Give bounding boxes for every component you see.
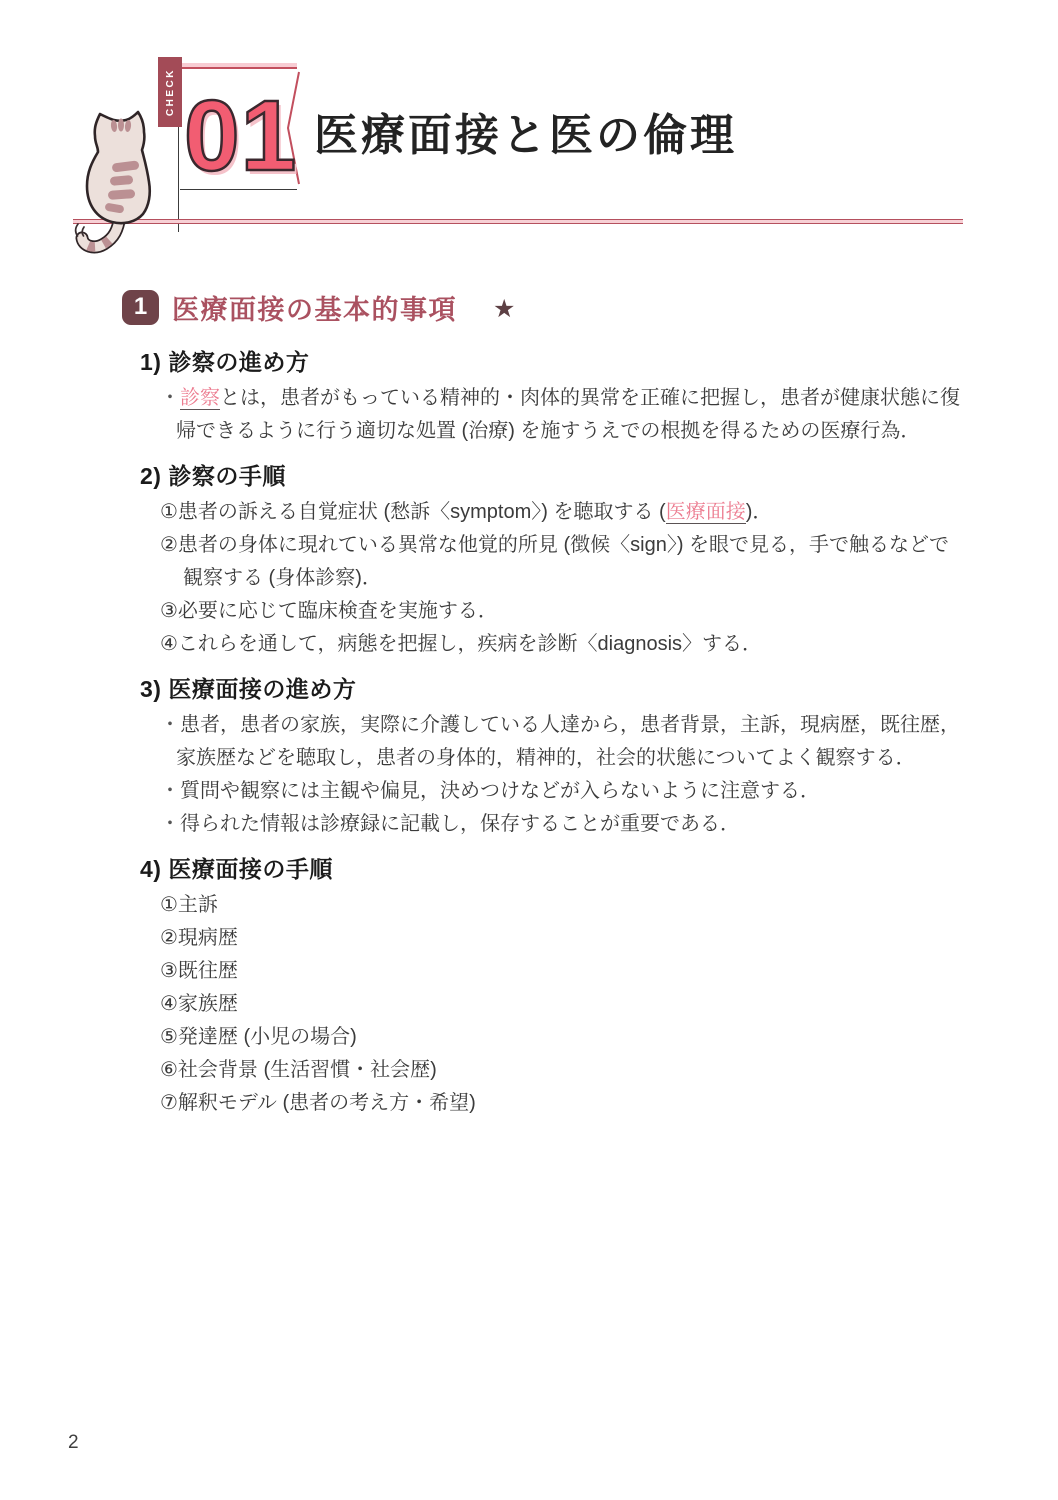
subsection-1-paragraph: ・診察とは，患者がもっている精神的・肉体的異常を正確に把握し，患者が健康状態に復… xyxy=(176,382,962,448)
section-number-badge: 1 xyxy=(122,290,159,325)
star-icon: ★ xyxy=(493,291,515,324)
bullet-paragraph: ・得られた情報は診療録に記載し，保存することが重要である． xyxy=(176,808,962,841)
highlighted-term: 診察 xyxy=(180,387,220,410)
subsection-3: 3) 医療面接の進め方 ・患者，患者の家族，実際に介護している人達から，患者背景… xyxy=(122,675,962,841)
section-title: 医療面接の基本的事項 xyxy=(172,288,457,327)
item-text: ①主訴 xyxy=(160,894,218,916)
check-badge-label: CHECK xyxy=(165,68,176,116)
subsection-2-heading: 2) 診察の手順 xyxy=(140,462,962,491)
header-double-rule xyxy=(73,219,963,224)
page-number: 2 xyxy=(68,1432,79,1454)
subsection-3-heading: 3) 医療面接の進め方 xyxy=(140,675,962,704)
item-text: ④これらを通して，病態を把握し，疾病を診断〈diagnosis〉する． xyxy=(160,633,762,655)
numbered-item: ④家族歴 xyxy=(183,988,962,1021)
paragraph-text: 得られた情報は診療録に記載し，保存することが重要である． xyxy=(180,813,740,835)
bullet-paragraph: ・質問や観察には主観や偏見，決めつけなどが入らないように注意する． xyxy=(176,775,962,808)
numbered-item: ①主訴 xyxy=(183,889,962,922)
item-text: ②患者の身体に現れている異常な他覚的所見 (徴候〈sign〉) を眼で見る，手で… xyxy=(160,534,949,589)
chapter-title: 医療面接と医の倫理 xyxy=(314,99,737,163)
item-text: ⑦解釈モデル (患者の考え方・希望) xyxy=(160,1092,476,1114)
item-text: ③必要に応じて臨床検査を実施する． xyxy=(160,600,498,622)
subsection-4: 4) 医療面接の手順 ①主訴 ②現病歴 ③既往歴 ④家族歴 ⑤発達歴 (小児の場… xyxy=(122,855,962,1120)
item-text: ⑥社会背景 (生活習慣・社会歴) xyxy=(160,1059,437,1081)
bullet-marker: ・ xyxy=(160,387,180,409)
section-header: 1 医療面接の基本的事項 ★ xyxy=(122,288,962,326)
bullet-marker: ・ xyxy=(160,714,180,736)
subsection-1-heading: 1) 診察の進め方 xyxy=(140,348,962,377)
subsection-1: 1) 診察の進め方 ・診察とは，患者がもっている精神的・肉体的異常を正確に把握し… xyxy=(122,348,962,448)
cat-back-icon xyxy=(74,106,166,254)
subsection-4-heading: 4) 医療面接の手順 xyxy=(140,855,962,884)
numbered-item: ⑦解釈モデル (患者の考え方・希望) xyxy=(183,1087,962,1120)
bullet-paragraph: ・患者，患者の家族，実際に介護している人達から，患者背景，主訴，現病歴，既往歴，… xyxy=(176,709,962,775)
subsection-2: 2) 診察の手順 ①患者の訴える自覚症状 (愁訴〈symptom〉) を聴取する… xyxy=(122,462,962,661)
bullet-marker: ・ xyxy=(160,780,180,802)
item-text: )． xyxy=(746,501,773,523)
numbered-item: ③必要に応じて臨床検査を実施する． xyxy=(183,595,962,628)
paragraph-text: 質問や観察には主観や偏見，決めつけなどが入らないように注意する． xyxy=(180,780,820,802)
check-badge: CHECK xyxy=(158,57,182,127)
numbered-item: ④これらを通して，病態を把握し，疾病を診断〈diagnosis〉する． xyxy=(183,628,962,661)
item-text: ④家族歴 xyxy=(160,993,238,1015)
paragraph-text: とは，患者がもっている精神的・肉体的異常を正確に把握し，患者が健康状態に復帰でき… xyxy=(176,387,960,442)
numbered-item: ②現病歴 xyxy=(183,922,962,955)
numbered-item: ①患者の訴える自覚症状 (愁訴〈symptom〉) を聴取する (医療面接)． xyxy=(183,496,962,529)
item-text: ②現病歴 xyxy=(160,927,238,949)
item-text: ⑤発達歴 (小児の場合) xyxy=(160,1026,357,1048)
numbered-item: ③既往歴 xyxy=(183,955,962,988)
numbered-item: ⑥社会背景 (生活習慣・社会歴) xyxy=(183,1054,962,1087)
highlighted-term: 医療面接 xyxy=(666,501,746,524)
bullet-marker: ・ xyxy=(160,813,180,835)
numbered-item: ②患者の身体に現れている異常な他覚的所見 (徴候〈sign〉) を眼で見る，手で… xyxy=(183,529,962,595)
chapter-number: 01 xyxy=(184,86,297,186)
item-text: ③既往歴 xyxy=(160,960,238,982)
item-text: ①患者の訴える自覚症状 (愁訴〈symptom〉) を聴取する ( xyxy=(160,501,666,523)
chapter-number-top-bar xyxy=(175,63,297,69)
paragraph-text: 患者，患者の家族，実際に介護している人達から，患者背景，主訴，現病歴，既往歴，家… xyxy=(176,714,960,769)
numbered-item: ⑤発達歴 (小児の場合) xyxy=(183,1021,962,1054)
page-content: 1 医療面接の基本的事項 ★ 1) 診察の進め方 ・診察とは，患者がもっている精… xyxy=(122,288,962,1134)
